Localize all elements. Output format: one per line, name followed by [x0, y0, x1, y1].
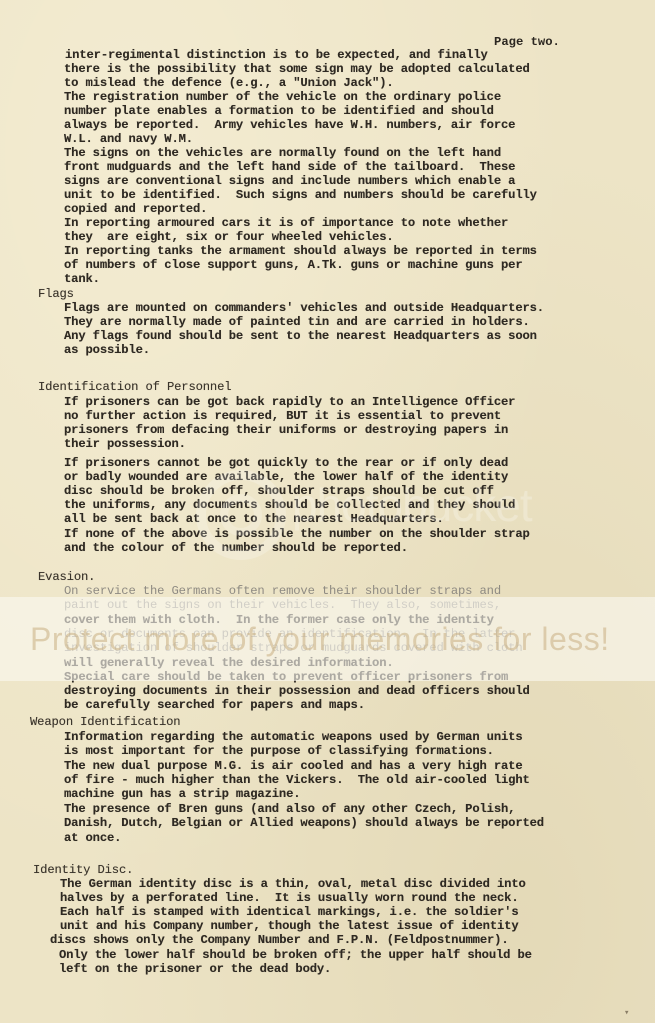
section-heading: Flags — [38, 288, 74, 301]
text-line: their possession. — [64, 438, 186, 451]
text-line: unit to be identified. Such signs and nu… — [64, 189, 537, 202]
text-line: tank. — [64, 273, 100, 286]
corner-mark-icon: ▾ — [624, 1008, 629, 1018]
text-line: destroying documents in their possession… — [64, 685, 530, 698]
text-line: Information regarding the automatic weap… — [64, 731, 522, 744]
document-page: Page two. inter-regimental distinction i… — [0, 0, 655, 1023]
text-line: of numbers of close support guns, A.Tk. … — [64, 259, 522, 272]
text-line: copied and reported. — [64, 203, 207, 216]
section-heading: Evasion. — [38, 571, 95, 584]
text-line: Flags are mounted on commanders' vehicle… — [64, 302, 544, 315]
text-line: If prisoners cannot be got quickly to th… — [64, 457, 508, 470]
section-heading: Identification of Personnel — [38, 381, 231, 394]
text-line: Only the lower half should be broken off… — [59, 949, 532, 962]
watermark-logo-text: photobucket — [292, 478, 532, 532]
section-heading: Identity Disc. — [33, 864, 133, 877]
text-line: If prisoners can be got back rapidly to … — [64, 396, 515, 409]
photobucket-logo-icon — [196, 470, 286, 560]
text-line: front mudguards and the left hand side o… — [64, 161, 515, 174]
text-line: of fire - much higher than the Vickers. … — [64, 774, 530, 787]
text-line: In reporting armoured cars it is of impo… — [64, 217, 508, 230]
text-line: left on the prisoner or the dead body. — [59, 963, 331, 976]
watermark-banner-text: Protect more of your memories for less! — [30, 597, 655, 681]
text-line: prisoners from defacing their uniforms o… — [64, 424, 508, 437]
text-line: The presence of Bren guns (and also of a… — [64, 803, 515, 816]
text-line: Danish, Dutch, Belgian or Allied weapons… — [64, 817, 544, 830]
text-line: The new dual purpose M.G. is air cooled … — [64, 760, 522, 773]
text-line: no further action is required, BUT it is… — [64, 410, 501, 423]
text-line: In reporting tanks the armament should a… — [64, 245, 537, 258]
text-line: be carefully searched for papers and map… — [64, 699, 365, 712]
text-line: number plate enables a formation to be i… — [64, 105, 494, 118]
text-line: halves by a perforated line. It is usual… — [60, 892, 518, 905]
text-line: they are eight, six or four wheeled vehi… — [64, 231, 394, 244]
text-line: always be reported. Army vehicles have W… — [64, 119, 515, 132]
text-line: there is the possibility that some sign … — [64, 63, 530, 76]
text-line: W.L. and navy W.M. — [64, 133, 193, 146]
text-line: at once. — [64, 832, 121, 845]
text-line: machine gun has a strip magazine. — [64, 788, 300, 801]
text-line: unit and his Company number, though the … — [60, 920, 518, 933]
text-line: discs shows only the Company Number and … — [50, 934, 508, 947]
text-line: They are normally made of painted tin an… — [64, 316, 530, 329]
text-line: Each half is stamped with identical mark… — [60, 906, 518, 919]
text-line: inter-regimental distinction is to be ex… — [65, 49, 488, 62]
text-line: to mislead the defence (e.g., a "Union J… — [64, 77, 394, 90]
text-line: The signs on the vehicles are normally f… — [64, 147, 501, 160]
text-line: as possible. — [64, 344, 150, 357]
text-line: The registration number of the vehicle o… — [64, 91, 501, 104]
text-line: The German identity disc is a thin, oval… — [60, 878, 526, 891]
section-heading: Weapon Identification — [30, 716, 180, 729]
text-line: signs are conventional signs and include… — [64, 175, 515, 188]
text-line: is most important for the purpose of cla… — [64, 745, 494, 758]
text-line: Any flags found should be sent to the ne… — [64, 330, 537, 343]
page-number-label: Page two. — [494, 35, 560, 49]
